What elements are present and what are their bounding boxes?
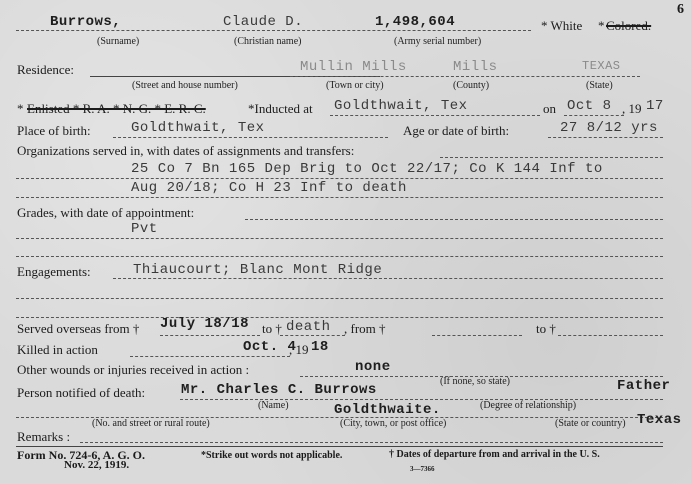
christian-name-value: Claude D. — [223, 14, 303, 30]
wounds-label: Other wounds or injuries received in act… — [17, 362, 249, 378]
grades-line-2 — [16, 256, 663, 257]
residence-line — [290, 76, 640, 77]
residence-label: Residence: — [17, 62, 74, 78]
notified-relationship-value: Father — [617, 378, 670, 394]
notified-name-line — [180, 399, 663, 400]
organizations-line-0 — [440, 157, 663, 158]
organizations-line-1 — [16, 178, 663, 179]
notified-name-value: Mr. Charles C. Burrows — [181, 382, 377, 398]
remarks-label: Remarks : — [17, 429, 70, 445]
organizations-value-2: Aug 20/18; Co H 23 Inf to death — [131, 180, 407, 196]
overseas-from-line — [160, 335, 260, 336]
notified-city-value: Goldthwaite. — [334, 402, 441, 418]
on-label: on — [543, 101, 556, 117]
county-label: (County) — [453, 80, 489, 91]
card-number: 6 — [677, 2, 684, 18]
print-code: 3—7366 — [410, 465, 435, 473]
birth-place-value: Goldthwait, Tex — [131, 120, 265, 136]
race-white: * White — [541, 18, 582, 34]
remarks-line — [80, 442, 663, 443]
grades-line-0 — [245, 219, 663, 220]
form-date: Nov. 22, 1919. — [64, 459, 129, 471]
state-label: (State) — [586, 80, 613, 91]
race-colored-struck: Colored. — [606, 18, 651, 34]
overseas-to2-line — [558, 335, 663, 336]
overseas-from2-label: , from † — [344, 321, 386, 337]
age-line — [548, 137, 663, 138]
footer-divider — [16, 446, 663, 447]
inducted-date-line — [564, 115, 624, 116]
county-value: Mills — [453, 59, 498, 75]
street-label: (Street and house number) — [132, 80, 238, 91]
engagements-line-1 — [16, 298, 663, 299]
grades-line-1 — [16, 238, 663, 239]
engagements-value: Thiaucourt; Blanc Mont Ridge — [133, 262, 382, 278]
overseas-to2-label: to † — [536, 321, 556, 337]
birth-place-label: Place of birth: — [17, 123, 91, 139]
age-value: 27 8/12 yrs — [560, 120, 658, 136]
serial-number-label: (Army serial number) — [394, 36, 481, 47]
notified-street-label: (No. and street or rural route) — [92, 418, 210, 429]
serial-number-value: 1,498,604 — [375, 14, 455, 30]
notified-relationship-label: (Degree of relationship) — [480, 400, 576, 411]
inducted-label: *Inducted at — [248, 101, 313, 117]
name-line — [16, 30, 531, 31]
inducted-year-value: 17 — [646, 98, 664, 114]
organizations-value-1: 25 Co 7 Bn 165 Dep Brig to Oct 22/17; Co… — [131, 161, 603, 177]
notified-state-label: (State or country) — [555, 418, 626, 429]
grades-label: Grades, with date of appointment: — [17, 205, 194, 221]
enlisted-struck: Enlisted * R. A. * N. G. * E. R. C. — [27, 101, 206, 117]
engagements-label: Engagements: — [17, 264, 91, 280]
grades-value: Pvt — [131, 221, 158, 237]
age-label: Age or date of birth: — [403, 123, 509, 139]
notified-city-label: (City, town, or post office) — [340, 418, 446, 429]
overseas-from2-line — [432, 335, 522, 336]
overseas-to-value: death — [286, 319, 331, 335]
engagements-line-2 — [16, 317, 663, 318]
dagger-note: † Dates of departure from and arrival in… — [389, 449, 600, 460]
overseas-to-label: to † — [262, 321, 282, 337]
service-record-card: 6 Burrows, (Surname) Claude D. (Christia… — [0, 0, 691, 484]
town-label: (Town or city) — [326, 80, 384, 91]
year-prefix: , 19 — [622, 101, 642, 117]
wounds-hint: (If none, so state) — [440, 376, 510, 387]
town-value: Mullin Mills — [300, 59, 407, 75]
birth-place-line — [113, 137, 388, 138]
inducted-place-value: Goldthwait, Tex — [334, 98, 468, 114]
state-value: TEXAS — [582, 59, 621, 73]
overseas-from-label: Served overseas from † — [17, 321, 139, 337]
christian-name-label: (Christian name) — [234, 36, 301, 47]
surname-value: Burrows, — [50, 14, 121, 30]
induction-star: * — [17, 101, 24, 117]
surname-label: (Surname) — [97, 36, 139, 47]
inducted-place-line — [330, 115, 540, 116]
killed-year-prefix: , 19 — [289, 342, 309, 358]
organizations-line-2 — [16, 197, 663, 198]
race-colored-star: * — [598, 18, 605, 34]
overseas-to-line — [280, 335, 345, 336]
inducted-date-value: Oct 8 — [567, 98, 612, 114]
killed-year-value: 18 — [311, 339, 329, 355]
notified-state-value: Texas — [637, 412, 682, 428]
organizations-label: Organizations served in, with dates of a… — [17, 143, 354, 159]
killed-date-line — [130, 356, 290, 357]
wounds-value: none — [355, 359, 391, 375]
engagements-line-0 — [113, 278, 663, 279]
killed-label: Killed in action — [17, 342, 98, 358]
overseas-from-value: July 18/18 — [160, 316, 249, 332]
notified-label: Person notified of death: — [17, 385, 145, 401]
strike-note: *Strike out words not applicable. — [201, 450, 342, 461]
notified-name-label: (Name) — [258, 400, 289, 411]
